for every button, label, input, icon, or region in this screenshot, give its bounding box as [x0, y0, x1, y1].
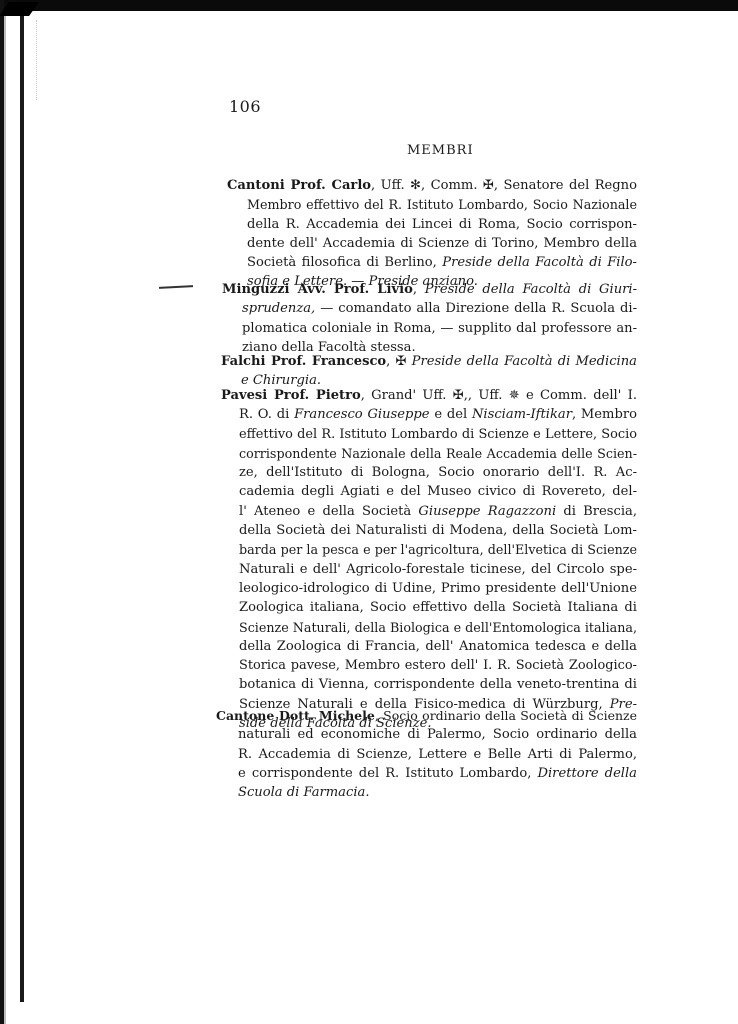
member-name: Falchi Prof. Francesco [221, 354, 386, 369]
member-entry-minguzzi: Minguzzi Avv. Prof. Livio, Preside della… [222, 280, 637, 357]
entry-text-italic: Preside della Facoltà di Medicina [412, 354, 637, 369]
entry-text: plomatica coloniale in Roma, — supplito … [242, 321, 637, 336]
entry-text: , [413, 282, 425, 297]
entry-text-italic: Preside della Facoltà di Giuri- [425, 282, 637, 297]
entry-text: della R. Accademia dei Lincei di Roma, S… [247, 217, 637, 232]
entry-text: , Socio ordinario della Società di Scien… [375, 708, 637, 723]
page-number: 106 [229, 97, 261, 116]
entry-text: Scienze Naturali, della Biologica e dell… [239, 620, 637, 635]
scan-left-shadow [4, 10, 6, 1024]
entry-text: Zoologica italiana, Socio effettivo dell… [239, 600, 637, 615]
entry-text-italic: Preside della Facoltà di Filo- [442, 255, 637, 270]
margin-pen-mark [159, 285, 193, 289]
entry-text: R. O. di [239, 407, 294, 422]
entry-text: , Grand' Uff. ✠,, Uff. ✵ e Comm. dell' I… [361, 388, 637, 403]
entry-text: corrispondente Nazionale della Reale Acc… [239, 446, 637, 461]
entry-text: Membro effettivo del R. Istituto Lombard… [247, 197, 637, 212]
section-title: MEMBRI [407, 143, 474, 158]
entry-text: — comandato alla Direzione della R. Scuo… [315, 301, 637, 316]
member-entry-cantoni: Cantoni Prof. Carlo, Uff. ✻, Comm. ✠, Se… [227, 176, 637, 292]
book-spine-line [20, 12, 24, 1002]
entry-text: , ✠ [386, 354, 411, 369]
margin-dots [36, 20, 38, 100]
entry-text: leologico-idrologico di Udine, Primo pre… [239, 581, 637, 596]
entry-text-italic: Giuseppe Ragazzoni [418, 504, 556, 519]
entry-text: ze, dell'Istituto di Bologna, Socio onor… [239, 465, 637, 480]
member-name: Cantone Dott. Michele [216, 708, 375, 723]
entry-text: barda per la pesca e per l'agricoltura, … [239, 542, 637, 557]
entry-text: R. Accademia di Scienze, Lettere e Belle… [238, 747, 637, 762]
entry-text-italic: Scuola di Farmacia. [238, 785, 369, 800]
member-name: Minguzzi Avv. Prof. Livio [222, 282, 413, 297]
entry-text: di Brescia, [556, 504, 637, 519]
entry-text: dente dell' Accademia di Scienze di Tori… [247, 236, 637, 251]
scan-top-border [0, 0, 738, 11]
member-name: Pavesi Prof. Pietro [221, 388, 361, 403]
entry-text: effettivo del R. Istituto Lombardo di Sc… [239, 427, 637, 442]
entry-text: Storica pavese, Membro estero dell' I. R… [239, 658, 637, 673]
entry-text: e corrispondente del R. Istituto Lombard… [238, 766, 538, 781]
entry-text: , Membro [572, 407, 637, 422]
entry-text: della Società dei Naturalisti di Modena,… [239, 523, 637, 538]
entry-text: cademia degli Agiati e del Museo civico … [239, 484, 637, 499]
member-entry-cantone: Cantone Dott. Michele, Socio ordinario d… [216, 706, 637, 802]
entry-text: naturali ed economiche di Palermo, Socio… [238, 727, 637, 742]
scan-corner-artifact [0, 2, 39, 16]
member-entry-pavesi: Pavesi Prof. Pietro, Grand' Uff. ✠,, Uff… [221, 386, 637, 733]
entry-text: e del [430, 407, 472, 422]
entry-text: botanica di Vienna, corrispondente della… [239, 677, 637, 692]
member-name: Cantoni Prof. Carlo [227, 178, 371, 193]
entry-text-italic: Direttore della [538, 766, 638, 781]
entry-text: , Uff. ✻, Comm. ✠, Senatore del Regno [371, 178, 637, 193]
entry-text: della Zoologica di Francia, dell' Anatom… [239, 639, 637, 654]
entry-text-italic: Nisciam-Iftikar [472, 407, 572, 422]
entry-text: Società filosofica di Berlino, [247, 255, 442, 270]
entry-text: l' Ateneo e della Società [239, 504, 418, 519]
entry-text: Naturali e dell' Agricolo-forestale tici… [239, 562, 637, 577]
member-entry-falchi: Falchi Prof. Francesco, ✠ Preside della … [221, 352, 637, 391]
entry-text-italic: sprudenza, [242, 301, 315, 316]
entry-text-italic: Francesco Giuseppe [294, 407, 429, 422]
